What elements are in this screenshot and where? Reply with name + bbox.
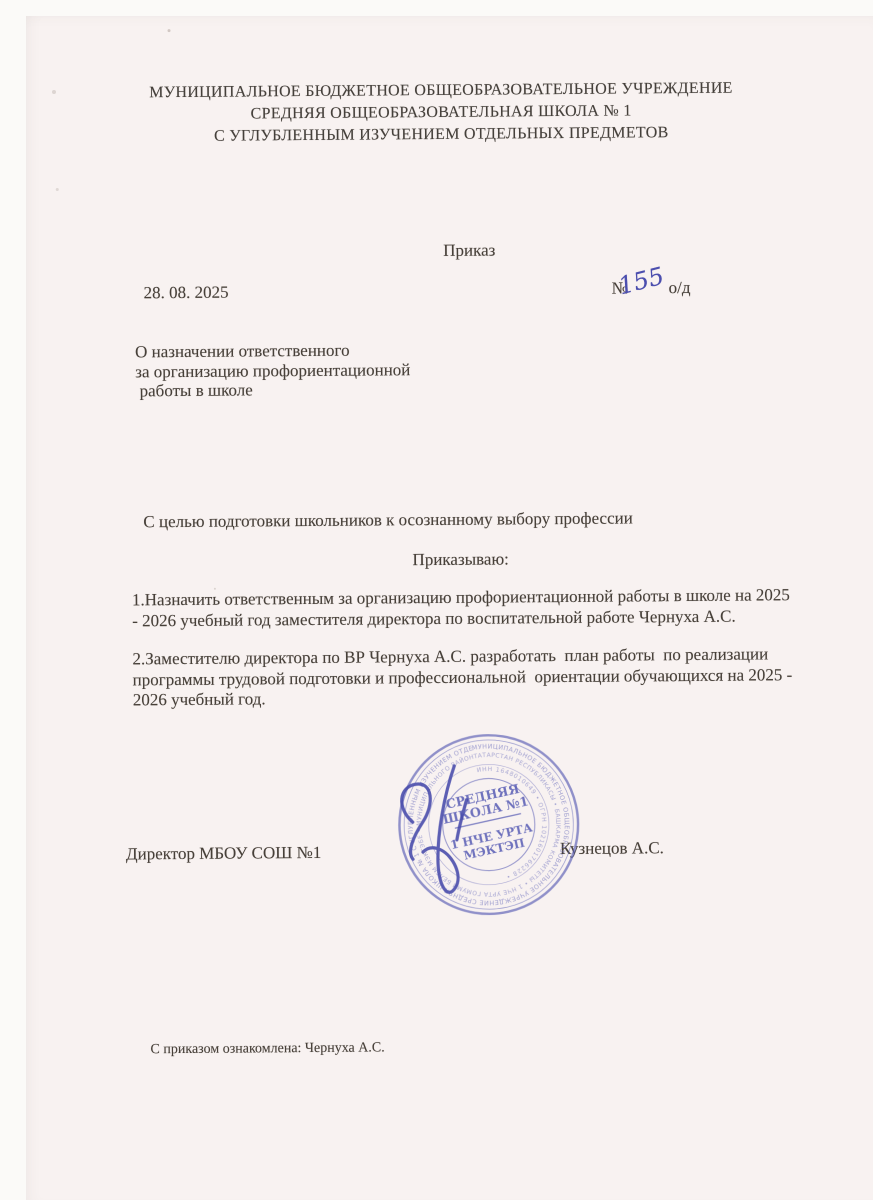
director-handwritten-signature [382,759,508,915]
scan-speck [56,188,59,191]
director-label: Директор МБОУ СОШ №1 [126,843,321,865]
acknowledgement-line: С приказом ознакомлена: Чернуха А.С. [150,1039,384,1058]
decree-word: Приказываю: [135,547,787,573]
order-item: 2.Заместителю директора по ВР Чернуха А.… [132,644,832,711]
order-item: 1.Назначить ответственным за организацию… [132,585,832,631]
order-document: МУНИЦИПАЛЬНОЕ БЮДЖЕТНОЕ ОБЩЕОБРАЗОВАТЕЛЬ… [0,0,873,1200]
handwritten-order-number: 155 [617,266,666,297]
organization-header: МУНИЦИПАЛЬНОЕ БЮДЖЕТНОЕ ОБЩЕОБРАЗОВАТЕЛЬ… [96,77,786,148]
order-number: № 155 о/д [611,275,690,299]
order-subject: О назначении ответственного за организац… [135,340,495,401]
scan-speck [52,90,56,94]
order-date: 28. 08. 2025 [144,283,229,304]
order-title: Приказ [134,238,804,264]
order-preamble: С целью подготовки школьников к осознанн… [143,507,783,533]
scan-speck [168,29,171,32]
number-suffix: о/д [669,278,691,299]
